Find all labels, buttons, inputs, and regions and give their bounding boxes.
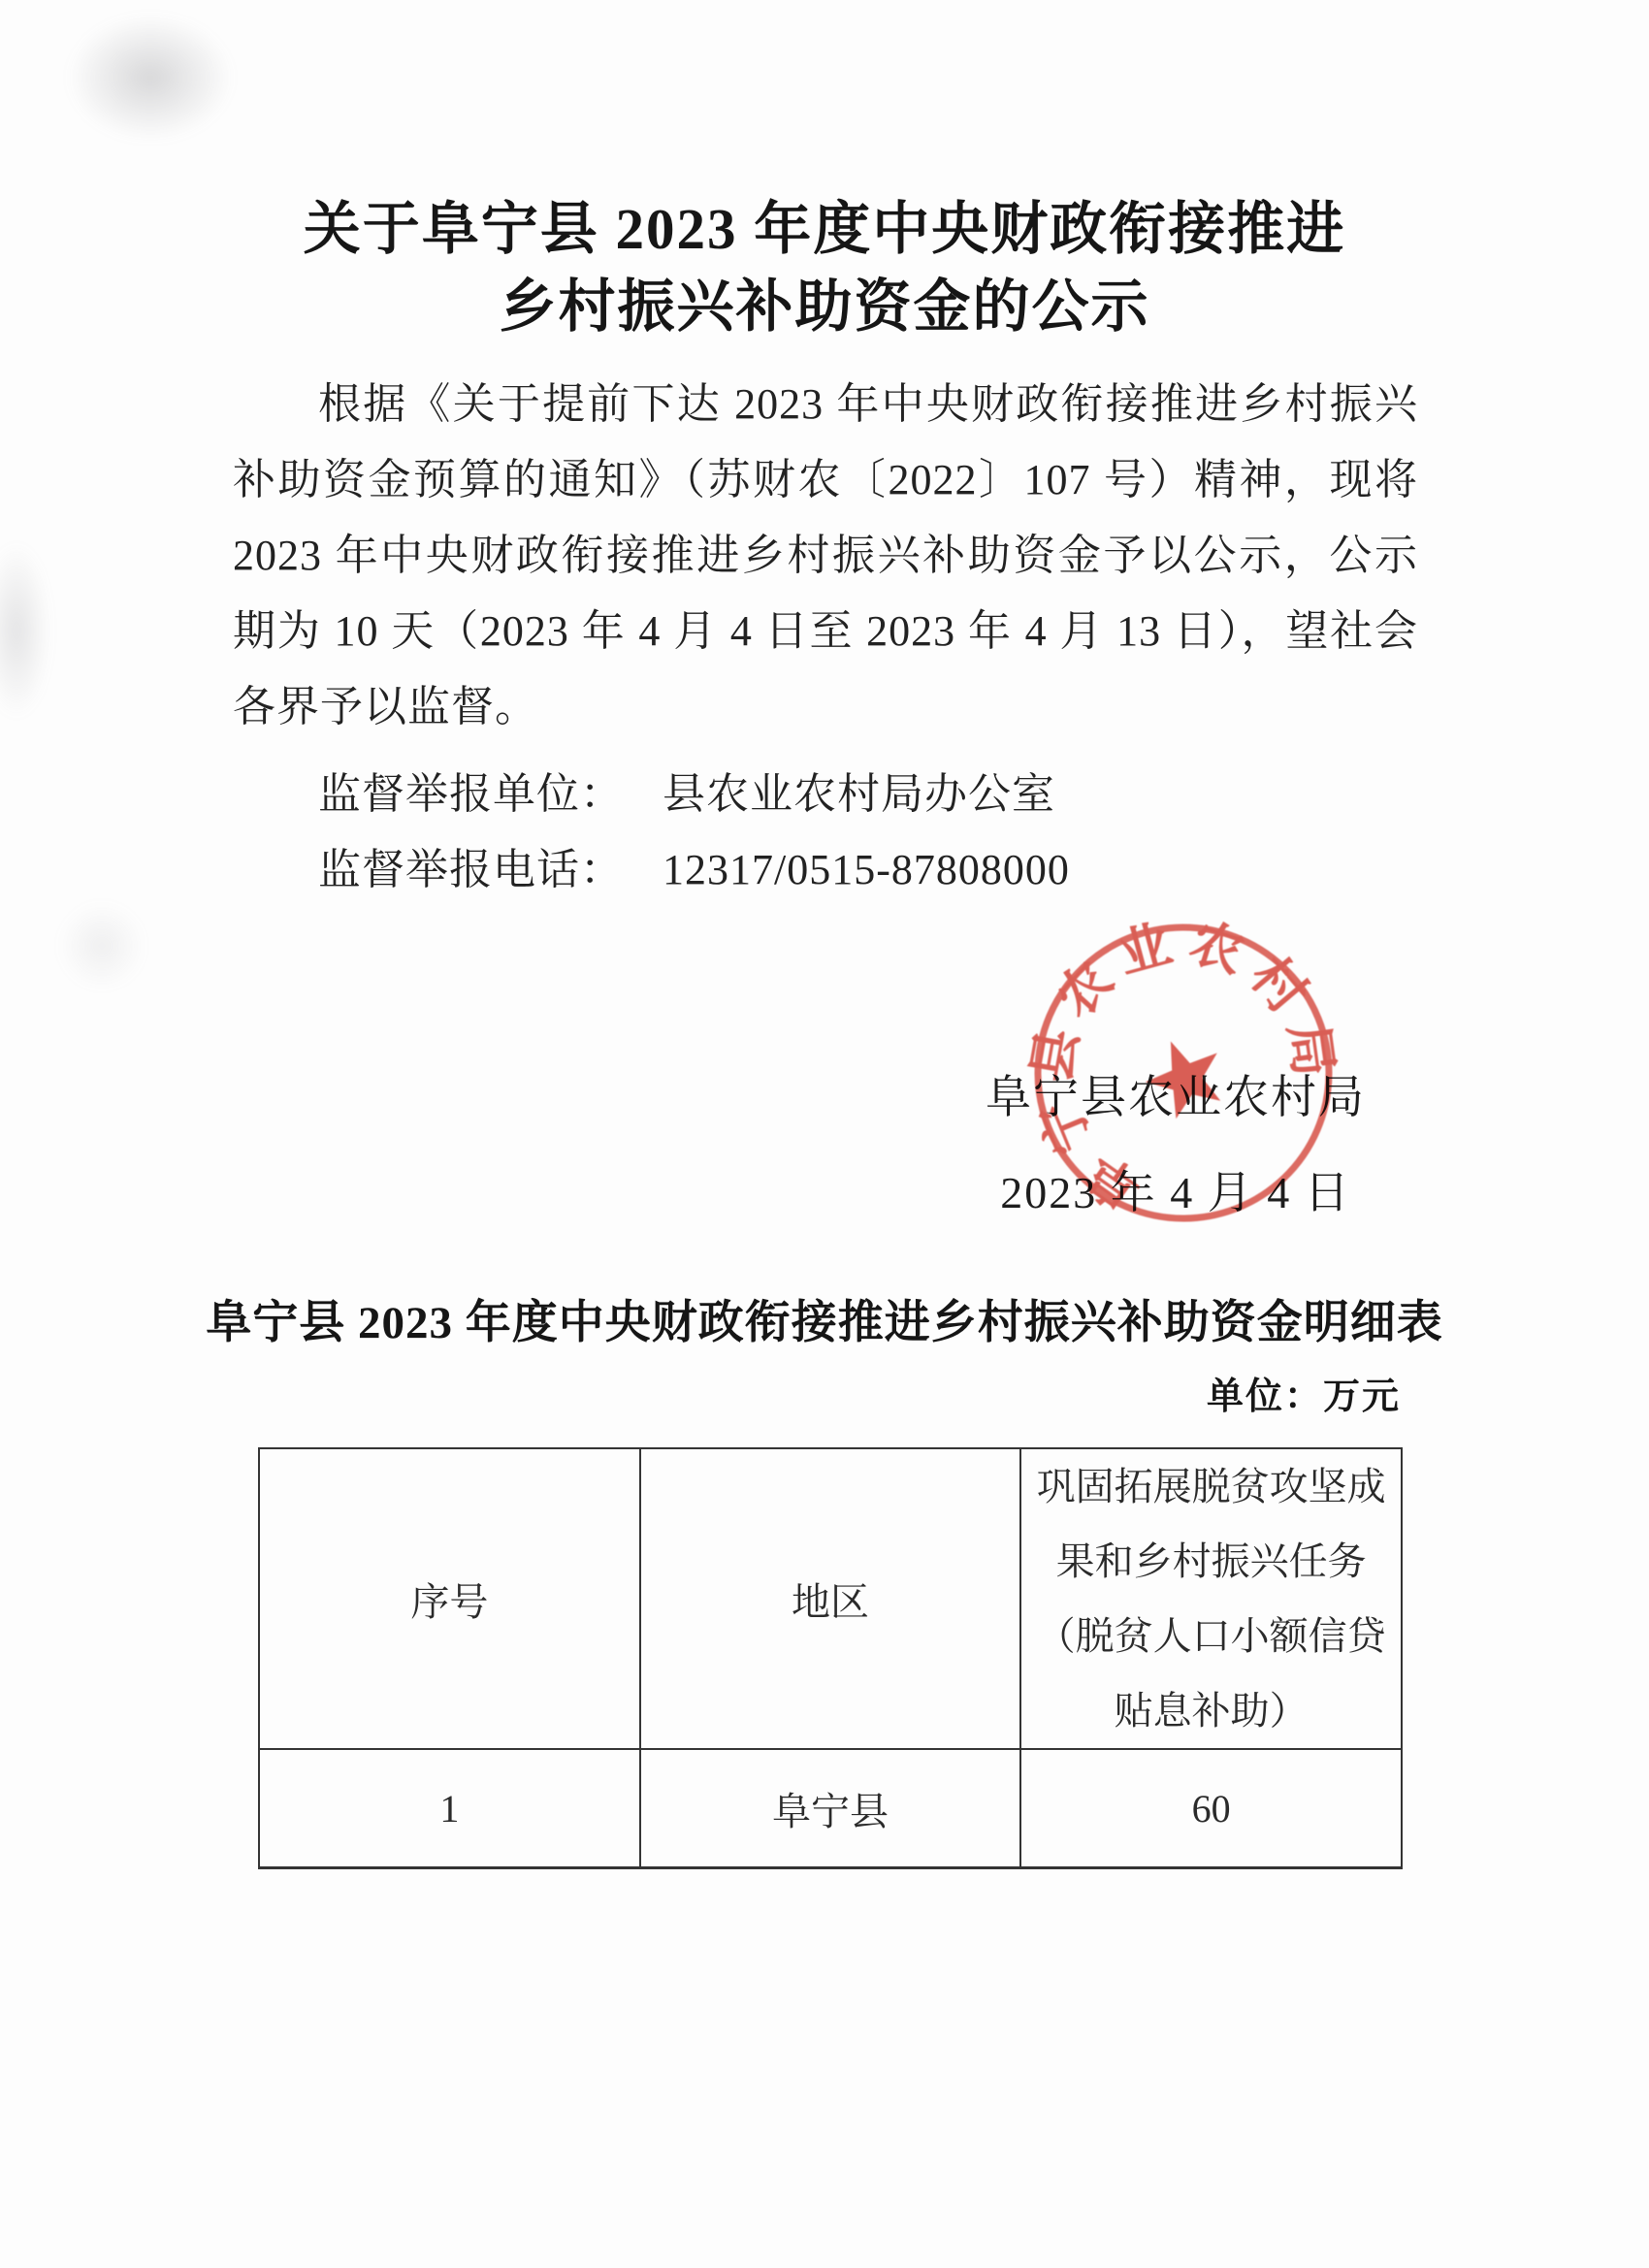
report-phone-line: 监督举报电话：12317/0515-87808000	[318, 834, 1070, 896]
header-cell-region: 地区	[640, 1448, 1021, 1749]
header-amount-line: 果和乡村振兴任务	[1035, 1524, 1387, 1599]
scan-smudge	[58, 902, 145, 989]
header-amount-line: 巩固拓展脱贫攻坚成	[1035, 1449, 1387, 1524]
document-page: 关于阜宁县 2023 年度中央财政衔接推进 乡村振兴补助资金的公示 根据《关于提…	[0, 0, 1649, 2268]
cell-amount: 60	[1020, 1749, 1402, 1868]
seal-star-icon	[1135, 1027, 1234, 1124]
notice-paragraph: 根据《关于提前下达 2023 年中央财政衔接推进乡村振兴补助资金预算的通知》（苏…	[233, 367, 1418, 745]
table-title: 阜宁县 2023 年度中央财政衔接推进乡村振兴补助资金明细表	[0, 1286, 1649, 1351]
report-unit-line: 监督举报单位：县农业农村局办公室	[318, 759, 1055, 821]
official-seal: 阜宁县农业农村局	[1022, 912, 1344, 1234]
report-phone-value: 12317/0515-87808000	[663, 846, 1070, 893]
document-title-line-1: 关于阜宁县 2023 年度中央财政衔接推进	[0, 190, 1649, 268]
document-title: 关于阜宁县 2023 年度中央财政衔接推进 乡村振兴补助资金的公示	[0, 190, 1649, 345]
cell-seq: 1	[259, 1749, 640, 1868]
subsidy-table: 序号 地区 巩固拓展脱贫攻坚成 果和乡村振兴任务 （脱贫人口小额信贷 贴息补助）…	[258, 1447, 1403, 1869]
scan-smudge	[0, 543, 50, 718]
report-unit-value: 县农业农村局办公室	[663, 770, 1055, 818]
scan-smudge	[68, 15, 233, 141]
document-title-line-2: 乡村振兴补助资金的公示	[0, 268, 1649, 345]
header-cell-amount: 巩固拓展脱贫攻坚成 果和乡村振兴任务 （脱贫人口小额信贷 贴息补助）	[1020, 1448, 1402, 1749]
report-phone-label: 监督举报电话：	[318, 846, 624, 893]
table-row: 1 阜宁县 60	[259, 1749, 1402, 1868]
report-unit-label: 监督举报单位：	[318, 770, 624, 818]
unit-note: 单位：万元	[1207, 1366, 1401, 1419]
header-amount-line: （脱贫人口小额信贷	[1035, 1599, 1387, 1673]
header-cell-seq: 序号	[259, 1448, 640, 1749]
table-header-row: 序号 地区 巩固拓展脱贫攻坚成 果和乡村振兴任务 （脱贫人口小额信贷 贴息补助）	[259, 1448, 1402, 1749]
cell-region: 阜宁县	[640, 1749, 1021, 1868]
official-seal-graphic: 阜宁县农业农村局	[1022, 912, 1344, 1234]
header-amount-line: 贴息补助）	[1035, 1673, 1387, 1748]
